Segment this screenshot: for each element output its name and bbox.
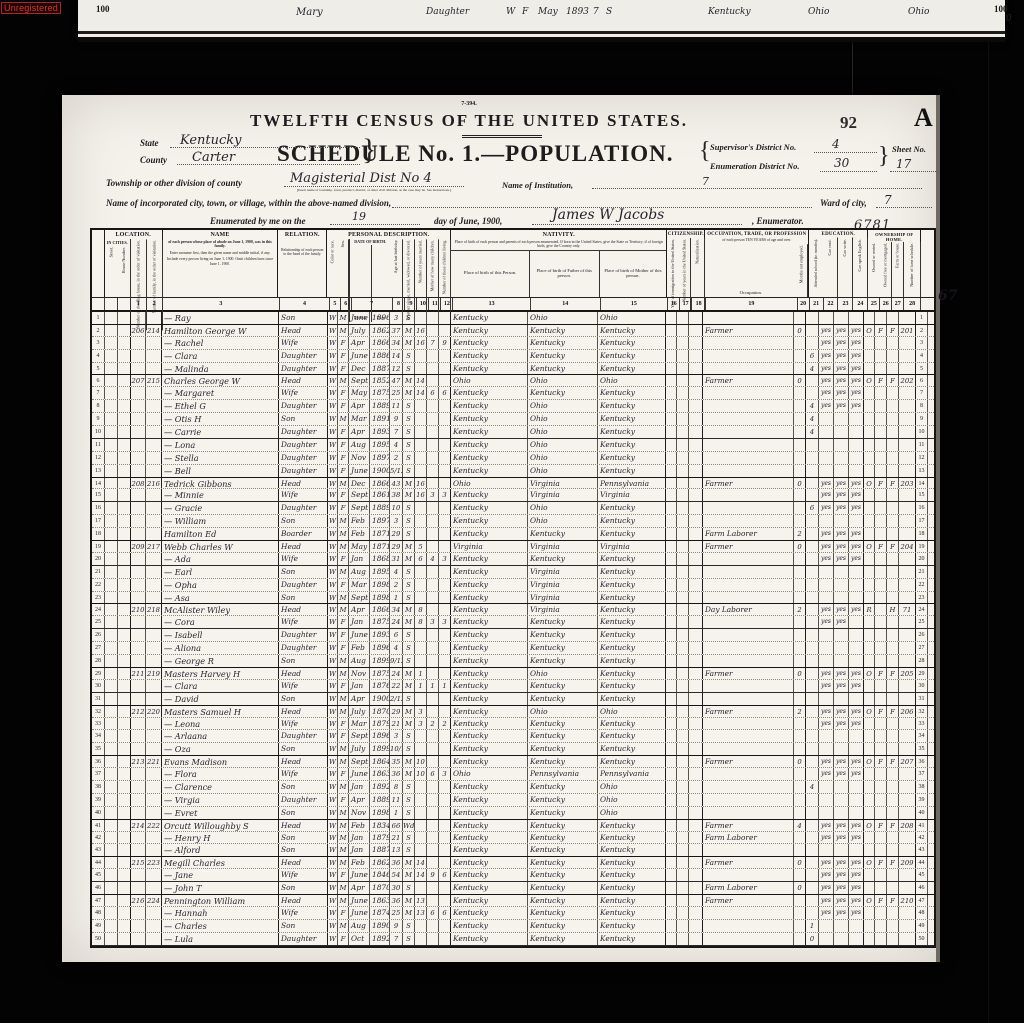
cell-rel: Son [278, 566, 328, 578]
cell-oc [702, 387, 794, 399]
cell-wr [834, 730, 849, 742]
cell-sx: F [338, 579, 349, 591]
cell-fm [875, 807, 887, 819]
column-number [921, 298, 934, 310]
cell-rn: 38 [915, 781, 928, 793]
ward-label: Ward of city, [820, 198, 867, 208]
cell-mo: Mar [349, 413, 370, 425]
cell-sx: F [338, 363, 349, 375]
cell-yr: 1886 [370, 350, 390, 362]
cell-wr [834, 844, 849, 856]
cell-yi [665, 781, 677, 793]
cell-rn: 25 [915, 616, 928, 628]
cell-dw [130, 718, 146, 730]
cell-ow [863, 426, 875, 438]
cell-ma: M [403, 718, 415, 730]
cell-sc [805, 706, 819, 717]
cell-fh [887, 413, 899, 425]
cell-ln: 33 [92, 718, 105, 730]
cell-ow: O [863, 325, 875, 336]
table-row: 6207215Charles George WHeadWMSept185247M… [92, 374, 934, 387]
cell-rd: yes [819, 616, 834, 628]
column-number: 19 [706, 298, 798, 310]
cell-ma: S [403, 781, 415, 793]
cell-co: W [327, 616, 338, 628]
cell-yu [677, 541, 689, 552]
cell-fn [899, 743, 916, 755]
cell-mc [427, 807, 439, 819]
cell-na [689, 350, 703, 362]
cell-ym [415, 465, 427, 477]
cell-st [105, 768, 118, 780]
cell-fm [875, 337, 887, 349]
cell-ln: 3 [92, 337, 105, 349]
cell-ln: 25 [92, 616, 105, 628]
cell-fn: 202 [899, 375, 916, 386]
cell-yr: 1896 [370, 312, 390, 324]
cell-mo: Aug [349, 920, 370, 932]
cell-fh [887, 629, 899, 641]
cell-mo: June [349, 350, 370, 362]
cell-sc [805, 756, 819, 767]
cell-yi [665, 933, 677, 945]
cell-yu [677, 579, 689, 591]
cell-ag: 34 [390, 337, 403, 349]
cell-en [849, 743, 864, 755]
cell-dw [130, 439, 146, 451]
cell-mc [427, 857, 439, 868]
cell-pm: Kentucky [598, 604, 666, 615]
cell-fh [887, 743, 899, 755]
state-value: Kentucky [180, 133, 242, 148]
cell-wr [834, 579, 849, 591]
cell-rel: Head [278, 820, 328, 831]
cell-sx: F [338, 933, 349, 945]
column-number: 13 [453, 298, 531, 310]
cell-dw [130, 579, 146, 591]
cell-yu [677, 553, 689, 565]
cell-oc [702, 465, 794, 477]
cell-pb: Kentucky [450, 337, 528, 349]
col-group-name: NAME of each person whose place of abode… [163, 230, 279, 297]
cell-fn: 203 [899, 478, 916, 489]
cell-rel: Son [278, 807, 328, 819]
cell-rn: 35 [915, 743, 928, 755]
cell-ym: 14 [415, 869, 427, 881]
cell-rd [819, 781, 834, 793]
cell-pf: Kentucky [528, 756, 598, 767]
cell-sc [805, 668, 819, 679]
cell-en: yes [849, 541, 864, 552]
cell-co: W [327, 706, 338, 717]
cell-ln: 42 [92, 832, 105, 844]
cell-ma: S [403, 363, 415, 375]
cell-rel: Wife [278, 768, 328, 780]
cell-co: W [327, 718, 338, 730]
cell-wr [834, 629, 849, 641]
cell-ag: 29 [390, 528, 403, 540]
cell-yi [665, 312, 677, 324]
cell-yr: 1897 [370, 452, 390, 464]
township-label: Township or other division of county [106, 178, 242, 188]
cell-en: yes [849, 478, 864, 489]
cell-sx: M [338, 844, 349, 856]
cell-pb: Ohio [450, 768, 528, 780]
cell-ma: S [403, 439, 415, 451]
cell-st [105, 820, 118, 831]
cell-ym: 16 [415, 478, 427, 489]
cell-wr [834, 743, 849, 755]
cell-name: — Gracie [161, 502, 279, 514]
cell-mc [427, 312, 439, 324]
cell-fm [875, 553, 887, 565]
cell-oc [702, 781, 794, 793]
cell-co: W [327, 655, 338, 667]
cell-st [105, 693, 118, 705]
cell-en: yes [849, 325, 864, 336]
cell-yu [677, 337, 689, 349]
cell-fh [887, 489, 899, 501]
cell-fn: 71 [899, 604, 916, 615]
cell-pf: Ohio [528, 375, 598, 386]
cell-rd [819, 426, 834, 438]
cell-name: — Carrie [161, 426, 279, 438]
table-body: 1— RaySonWMJune18963SKentuckyOhioOhio122… [92, 312, 934, 946]
cell-pm: Kentucky [598, 452, 666, 464]
cell-en: yes [849, 895, 864, 906]
cell-fh [887, 502, 899, 514]
cell-ag: 37 [390, 325, 403, 336]
cell-ag: 3 [390, 730, 403, 742]
cell-rel: Head [278, 478, 328, 489]
cell-oc [702, 400, 794, 412]
cell-rn: 1 [915, 312, 928, 324]
cell-fam [146, 363, 162, 375]
cell-mc: 6 [427, 907, 439, 919]
cell-yi [665, 604, 677, 615]
cell-yu [677, 566, 689, 578]
cell-ln: 10 [92, 426, 105, 438]
cell-yi [665, 844, 677, 856]
cell-sx: F [338, 337, 349, 349]
cell-yi [665, 693, 677, 705]
col-speak-english: Can speak English. [853, 238, 868, 298]
cell-pf: Virginia [528, 604, 598, 615]
cell-fh [887, 515, 899, 527]
cell-fh [887, 387, 899, 399]
cell-ag: 31 [390, 553, 403, 565]
cell-fh: F [887, 541, 899, 552]
cell-en [849, 616, 864, 628]
cell-rd [819, 413, 834, 425]
cell-en [849, 794, 864, 806]
cell-rd: yes [819, 706, 834, 717]
cell-yu [677, 680, 689, 692]
cell-rd [819, 655, 834, 667]
cell-ln: 46 [92, 882, 105, 894]
sex-entry: F [522, 7, 528, 17]
sheet-value: 17 [896, 157, 911, 171]
cell-pf: Ohio [528, 426, 598, 438]
cell-pb: Kentucky [450, 794, 528, 806]
cell-fam [146, 781, 162, 793]
cell-yr: 1895 [370, 566, 390, 578]
cell-yr: 1892 [370, 781, 390, 793]
cell-ln: 50 [92, 933, 105, 945]
cell-fm [875, 781, 887, 793]
cell-na [689, 629, 703, 641]
cell-mc [427, 794, 439, 806]
cell-ow [863, 528, 875, 540]
cell-mc [427, 629, 439, 641]
cell-fh [887, 579, 899, 591]
cell-ym [415, 743, 427, 755]
cell-st [105, 337, 118, 349]
cell-fn: 208 [899, 820, 916, 831]
cell-sx: F [338, 502, 349, 514]
cell-pf: Kentucky [528, 857, 598, 868]
cell-dw: 209 [130, 541, 146, 552]
cell-pb: Kentucky [450, 832, 528, 844]
column-number: 24 [853, 298, 868, 310]
cell-yi [665, 387, 677, 399]
cell-wr: yes [834, 502, 849, 514]
cell-ln: 7 [92, 387, 105, 399]
cell-pf: Kentucky [528, 680, 598, 692]
cell-yi [665, 718, 677, 730]
cell-fh [887, 312, 899, 324]
col-farm-schedule: Number of farm schedule. [904, 242, 921, 297]
cell-pb: Kentucky [450, 844, 528, 856]
cell-yu [677, 363, 689, 375]
cell-rel: Daughter [278, 426, 328, 438]
cell-sc: 1 [805, 920, 819, 932]
cell-yi [665, 350, 677, 362]
cell-ln: 1 [92, 312, 105, 324]
cell-sx: M [338, 325, 349, 336]
cell-ln: 21 [92, 566, 105, 578]
cell-sx: M [338, 743, 349, 755]
cell-ln: 24 [92, 604, 105, 615]
table-row: 24210218McAlister WileyHeadWMApr186634M8… [92, 603, 934, 616]
cell-fn: 206 [899, 706, 916, 717]
cell-na [689, 895, 703, 906]
cell-wr [834, 426, 849, 438]
cell-ym [415, 781, 427, 793]
cell-rn: 3 [915, 337, 928, 349]
cell-sc [805, 743, 819, 755]
brace: } [878, 143, 890, 170]
cell-ym [415, 794, 427, 806]
cell-pm: Kentucky [598, 325, 666, 336]
cell-sx: F [338, 730, 349, 742]
cell-ym [415, 515, 427, 527]
cell-ym: 6 [415, 553, 427, 565]
cell-rel: Daughter [278, 794, 328, 806]
cell-fh: F [887, 706, 899, 717]
cell-en [849, 933, 864, 945]
cell-fn [899, 844, 916, 856]
cell-yr: 1863 [370, 895, 390, 906]
cell-ym: 10 [415, 756, 427, 767]
table-row: 11— LonaDaughterWFAug18954SKentuckyOhioK… [92, 439, 934, 452]
cell-ag: 38 [390, 489, 403, 501]
cell-rd [819, 933, 834, 945]
cell-mo: July [349, 706, 370, 717]
cell-co: W [327, 756, 338, 767]
cell-mo: Feb [349, 528, 370, 540]
cell-oc: Day Laborer [702, 604, 794, 615]
cell-fh: F [887, 668, 899, 679]
column-number-strip: 1234567891011121314151617181920212223242… [92, 298, 934, 312]
cell-wr [834, 642, 849, 654]
cell-ag: 1 [390, 807, 403, 819]
supervisor-value: 4 [832, 137, 840, 151]
cell-ag: 36 [390, 857, 403, 868]
cell-yu [677, 528, 689, 540]
cell-co: W [327, 604, 338, 615]
cell-yu [677, 592, 689, 604]
cell-rn: 46 [915, 882, 928, 894]
cell-st [105, 629, 118, 641]
cell-yr: 1862 [370, 857, 390, 868]
cell-rd [819, 807, 834, 819]
cell-ag: 13 [390, 844, 403, 856]
cell-fm: F [875, 478, 887, 489]
cell-mc [427, 566, 439, 578]
cell-dw [130, 426, 146, 438]
cell-ma: M [403, 768, 415, 780]
cell-en [849, 452, 864, 464]
cell-pf: Virginia [528, 541, 598, 552]
cell-fn [899, 730, 916, 742]
cell-co: W [327, 857, 338, 868]
cell-co: W [327, 642, 338, 654]
cell-ma: S [403, 882, 415, 894]
brace: } [362, 133, 376, 167]
cell-ln: 48 [92, 907, 105, 919]
table-row: 48— HannahWifeWFJune187425M1366KentuckyK… [92, 907, 934, 920]
cell-oc: Farmer [702, 820, 794, 831]
cell-yr: 1875 [370, 616, 390, 628]
col-occupation: Occupation. [705, 244, 796, 297]
cell-dw [130, 768, 146, 780]
cell-pm: Ohio [598, 781, 666, 793]
cell-yr: 1899 [370, 743, 390, 755]
title-rule [462, 135, 542, 138]
cell-ag: 24 [390, 668, 403, 679]
cell-en: yes [849, 528, 864, 540]
cell-rn: 15 [915, 489, 928, 501]
cell-en: yes [849, 768, 864, 780]
cell-pb: Kentucky [450, 730, 528, 742]
column-number: 23 [838, 298, 853, 310]
cell-fn: 210 [899, 895, 916, 906]
cell-st [105, 592, 118, 604]
cell-pm: Kentucky [598, 730, 666, 742]
cell-st [105, 515, 118, 527]
cell-sx: M [338, 820, 349, 831]
cell-sc [805, 541, 819, 552]
cell-yi [665, 502, 677, 514]
enumerated-day: 19 [352, 210, 366, 223]
table-row: 42— Henry HSonWMJan187921SKentuckyKentuc… [92, 832, 934, 845]
cell-ow [863, 794, 875, 806]
cell-yr: 1870 [370, 706, 390, 717]
cell-co: W [327, 515, 338, 527]
cell-fam [146, 680, 162, 692]
cell-fm [875, 439, 887, 451]
cell-ln: 39 [92, 794, 105, 806]
cell-pb: Kentucky [450, 907, 528, 919]
cell-rel: Head [278, 604, 328, 615]
cell-name: — Virgia [161, 794, 279, 806]
cell-st [105, 933, 118, 945]
cell-yr: 1895 [370, 439, 390, 451]
cell-fm [875, 907, 887, 919]
cell-wr: yes [834, 553, 849, 565]
cell-pb: Kentucky [450, 452, 528, 464]
cell-rel: Boarder [278, 528, 328, 540]
cell-yr: 1866 [370, 604, 390, 615]
cell-fam [146, 489, 162, 501]
cell-yr: 1875 [370, 668, 390, 679]
cell-name: — Charles [161, 920, 279, 932]
cell-yu [677, 642, 689, 654]
cell-rel: Daughter [278, 439, 328, 451]
cell-wr: yes [834, 325, 849, 336]
cell-fn: 207 [899, 756, 916, 767]
cell-fm [875, 350, 887, 362]
cell-yi [665, 439, 677, 451]
cell-rn: 26 [915, 629, 928, 641]
cell-na [689, 452, 703, 464]
cell-mc: 6 [427, 387, 439, 399]
cell-na [689, 616, 703, 628]
cell-name: Evans Madison [161, 756, 279, 767]
cell-mo: Feb [349, 515, 370, 527]
cell-ym [415, 528, 427, 540]
cell-rn: 6 [915, 375, 928, 386]
cell-yu [677, 375, 689, 386]
cell-yu [677, 933, 689, 945]
cell-st [105, 387, 118, 399]
cell-ln: 32 [92, 706, 105, 717]
cell-yr: 1900 [370, 693, 390, 705]
cell-fm [875, 869, 887, 881]
cell-ow [863, 515, 875, 527]
cell-ym [415, 363, 427, 375]
cell-rd [819, 743, 834, 755]
cell-wr [834, 592, 849, 604]
cell-rn: 11 [915, 439, 928, 451]
cell-pf: Kentucky [528, 895, 598, 906]
cell-ow [863, 655, 875, 667]
cell-mc [427, 820, 439, 831]
cell-pf: Kentucky [528, 528, 598, 540]
cell-pf: Kentucky [528, 844, 598, 856]
cell-ow [863, 933, 875, 945]
cell-name: — Oza [161, 743, 279, 755]
cell-wr: yes [834, 400, 849, 412]
cell-na [689, 579, 703, 591]
cell-ma: M [403, 680, 415, 692]
cell-fm [875, 566, 887, 578]
cell-yi [665, 629, 677, 641]
cell-rn: 27 [915, 642, 928, 654]
cell-ln: 5 [92, 363, 105, 375]
cell-st [105, 375, 118, 386]
